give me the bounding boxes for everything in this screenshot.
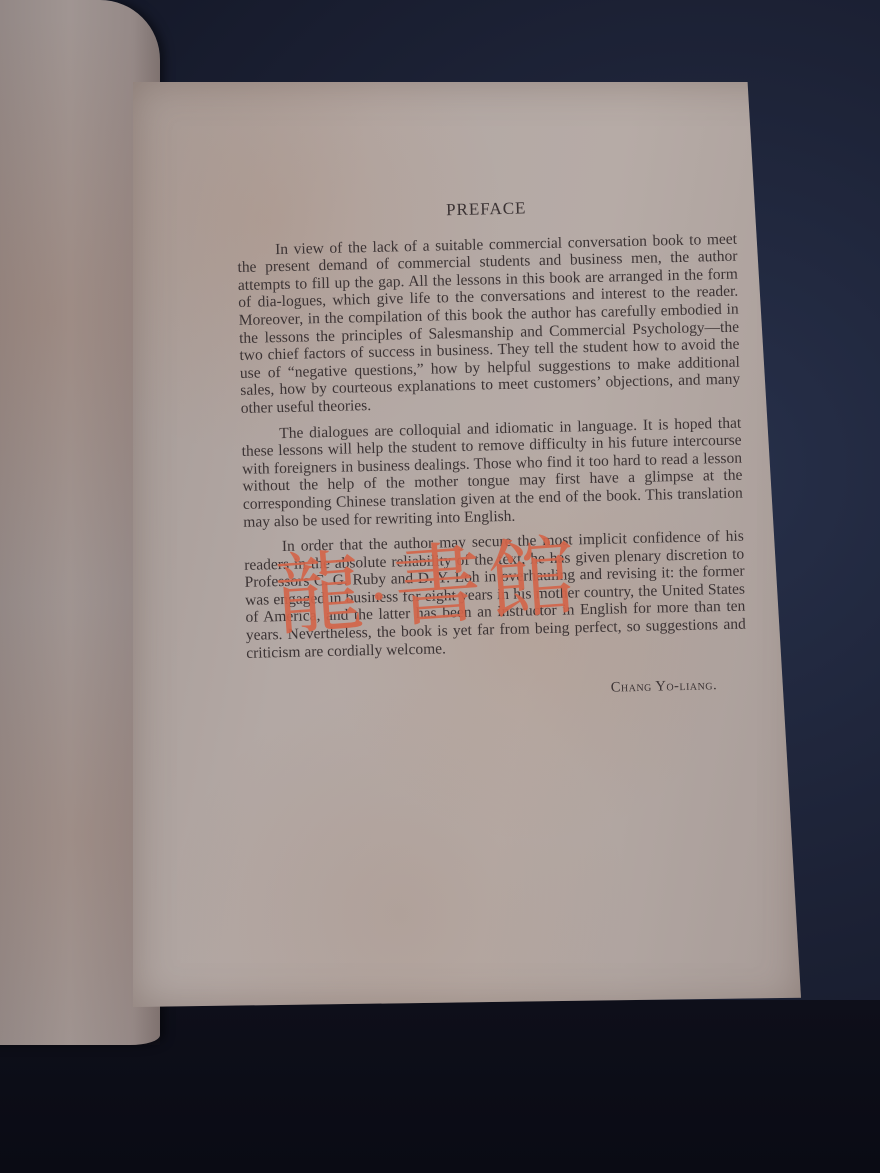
paragraph-2: The dialogues are colloquial and idiomat…	[241, 414, 743, 531]
paragraph-1: In view of the lack of a suitable commer…	[237, 230, 741, 417]
paragraph-3: In order that the author may secure the …	[244, 528, 747, 662]
page-title: PREFACE	[236, 195, 736, 224]
preface-text: PREFACE In view of the lack of a suitabl…	[236, 189, 747, 706]
